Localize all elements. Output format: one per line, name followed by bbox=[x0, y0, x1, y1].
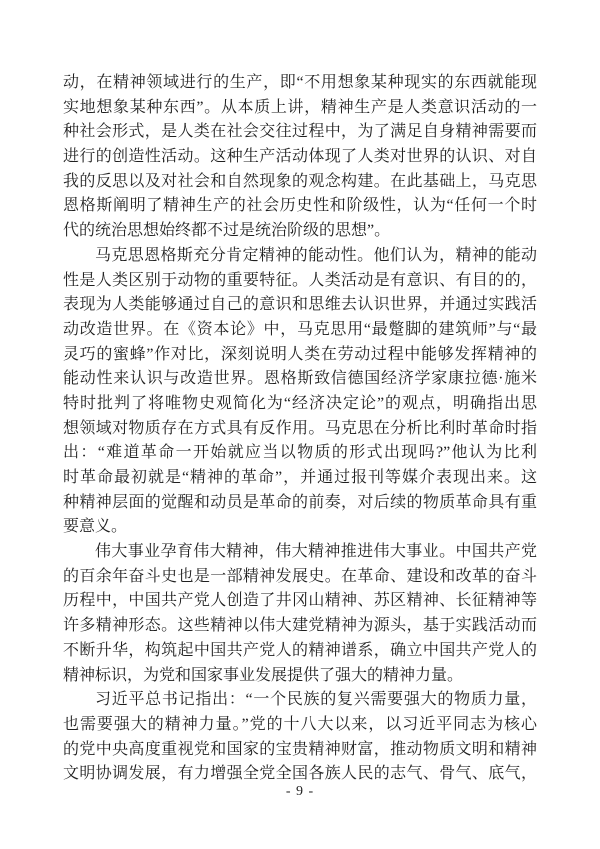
paragraph: 习近平总书记指出：“一个民族的复兴需要强大的物质力量，也需要强大的精神力量。”党… bbox=[63, 688, 537, 787]
text-line: 不断升华，构筑起中国共产党人的精神谱系，确立中国共产党人的 bbox=[63, 639, 537, 664]
text-line: 习近平总书记指出：“一个民族的复兴需要强大的物质力量， bbox=[63, 688, 537, 713]
text-line: 想领域对物质存在方式具有反作用。马克思在分析比利时革命时指 bbox=[63, 417, 537, 442]
text-line: 我的反思以及对社会和自然现象的观念构建。在此基础上，马克思 bbox=[63, 170, 537, 195]
text-line: 进行的创造性活动。这种生产活动体现了人类对世界的认识、对自 bbox=[63, 145, 537, 170]
paragraph: 动，在精神领域进行的生产，即“不用想象某种现实的东西就能现实地想象某种东西”。从… bbox=[63, 71, 537, 244]
text-line: 灵巧的蜜蜂”作对比，深刻说明人类在劳动过程中能够发挥精神的 bbox=[63, 343, 537, 368]
text-line: 种精神层面的觉醒和动员是革命的前奏，对后续的物质革命具有重 bbox=[63, 491, 537, 516]
paragraph: 马克思恩格斯充分肯定精神的能动性。他们认为，精神的能动性是人类区别于动物的重要特… bbox=[63, 244, 537, 540]
text-line: 恩格斯阐明了精神生产的社会历史性和阶级性，认为“任何一个时 bbox=[63, 194, 537, 219]
text-line: 精神标识，为党和国家事业发展提供了强大的精神力量。 bbox=[63, 664, 537, 689]
body-text: 动，在精神领域进行的生产，即“不用想象某种现实的东西就能现实地想象某种东西”。从… bbox=[63, 71, 537, 787]
text-line: 许多精神形态。这些精神以伟大建党精神为源头，基于实践活动而 bbox=[63, 614, 537, 639]
paragraph: 伟大事业孕育伟大精神，伟大精神推进伟大事业。中国共产党的百余年奋斗史也是一部精神… bbox=[63, 540, 537, 688]
text-line: 历程中，中国共产党人创造了井冈山精神、苏区精神、长征精神等 bbox=[63, 589, 537, 614]
text-line: 代的统治思想始终都不过是统治阶级的思想”。 bbox=[63, 219, 537, 244]
text-line: 马克思恩格斯充分肯定精神的能动性。他们认为，精神的能动 bbox=[63, 244, 537, 269]
text-line: 要意义。 bbox=[63, 515, 537, 540]
document-page: 动，在精神领域进行的生产，即“不用想象某种现实的东西就能现实地想象某种东西”。从… bbox=[0, 0, 600, 849]
text-line: 动，在精神领域进行的生产，即“不用想象某种现实的东西就能现 bbox=[63, 71, 537, 96]
text-line: 的百余年奋斗史也是一部精神发展史。在革命、建设和改革的奋斗 bbox=[63, 565, 537, 590]
text-line: 的党中央高度重视党和国家的宝贵精神财富，推动物质文明和精神 bbox=[63, 738, 537, 763]
text-line: 动改造世界。在《资本论》中，马克思用“最蹩脚的建筑师”与“最 bbox=[63, 318, 537, 343]
text-line: 伟大事业孕育伟大精神，伟大精神推进伟大事业。中国共产党 bbox=[63, 540, 537, 565]
text-line: 也需要强大的精神力量。”党的十八大以来，以习近平同志为核心 bbox=[63, 713, 537, 738]
text-line: 表现为人类能够通过自己的意识和思维去认识世界，并通过实践活 bbox=[63, 293, 537, 318]
text-line: 种社会形式，是人类在社会交往过程中，为了满足自身精神需要而 bbox=[63, 120, 537, 145]
text-line: 性是人类区别于动物的重要特征。人类活动是有意识、有目的的， bbox=[63, 269, 537, 294]
text-line: 能动性来认识与改造世界。恩格斯致信德国经济学家康拉德·施米 bbox=[63, 367, 537, 392]
text-line: 实地想象某种东西”。从本质上讲，精神生产是人类意识活动的一 bbox=[63, 96, 537, 121]
text-line: 时革命最初就是“精神的革命”，并通过报刊等媒介表现出来。这 bbox=[63, 466, 537, 491]
text-line: 特时批判了将唯物史观简化为“经济决定论”的观点，明确指出思 bbox=[63, 392, 537, 417]
text-line: 出：“难道革命一开始就应当以物质的形式出现吗?”他认为比利 bbox=[63, 441, 537, 466]
page-number: - 9 - bbox=[0, 784, 600, 800]
